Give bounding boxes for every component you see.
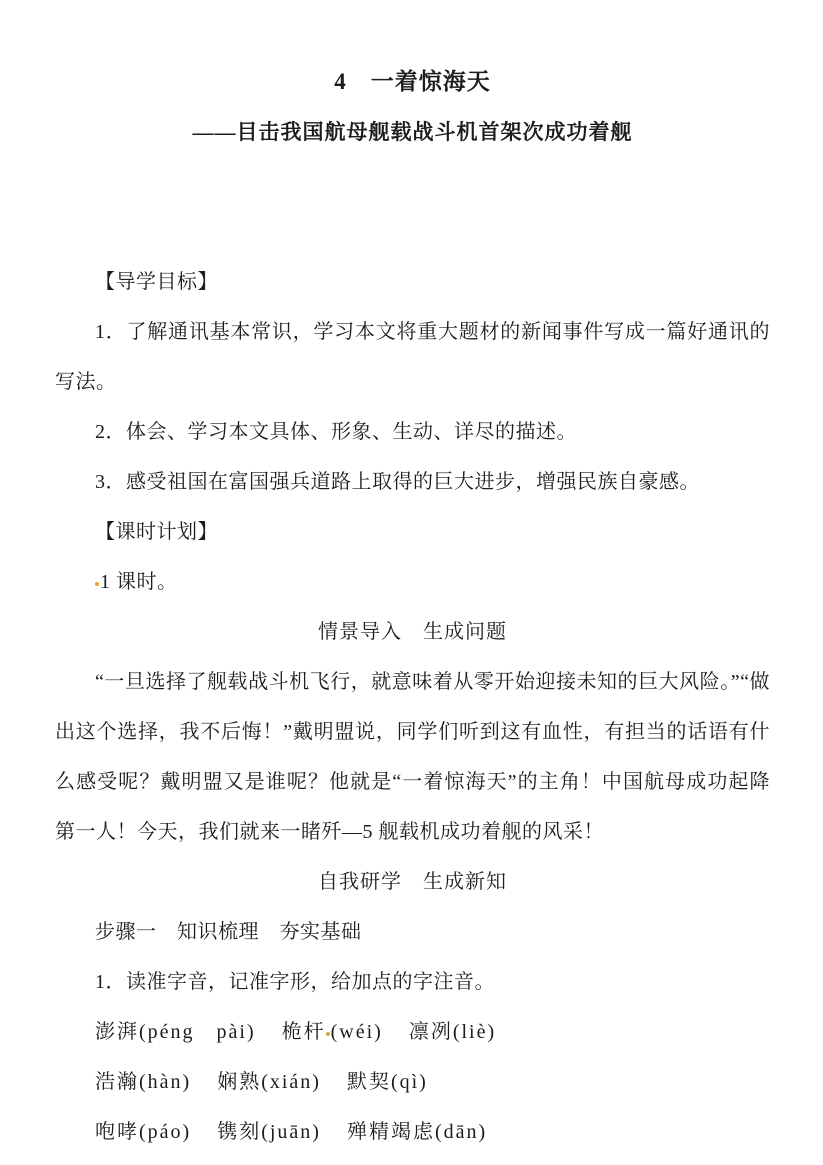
pinyin-item: 娴熟(xián) [217, 1071, 321, 1093]
pinyin-item: 咆哮(páo) [95, 1121, 191, 1143]
pinyin-row-3: 咆哮(páo)镌刻(juān)殚精竭虑(dān) [55, 1107, 770, 1157]
spellcheck-dot [326, 1032, 330, 1036]
guide-goal-item-3: 3．感受祖国在富国强兵道路上取得的巨大进步，增强民族自豪感。 [55, 457, 770, 507]
scene-intro-heading: 情景导入 生成问题 [55, 607, 770, 657]
pronunciation-task: 1．读准字音，记准字形，给加点的字注音。 [55, 957, 770, 1007]
pinyin-item: 桅杆(wéi) [282, 1021, 383, 1043]
guide-goals-heading: 【导学目标】 [55, 257, 770, 307]
pinyin-item: 凛冽(liè) [409, 1021, 496, 1043]
pinyin-item: 默契(qì) [347, 1071, 428, 1093]
lesson-plan-heading: 【课时计划】 [55, 507, 770, 557]
guide-goal-item-1: 1．了解通讯基本常识，学习本文将重大题材的新闻事件写成一篇好通讯的写法。 [55, 307, 770, 407]
pinyin-row-1: 澎湃(péng pài)桅杆(wéi)凛冽(liè) [55, 1007, 770, 1057]
self-study-heading: 自我研学 生成新知 [55, 857, 770, 907]
pinyin-row-2: 浩瀚(hàn)娴熟(xián)默契(qì) [55, 1057, 770, 1107]
pinyin-item: 镌刻(juān) [217, 1121, 321, 1143]
pinyin-item: 澎湃(péng pài) [95, 1021, 256, 1043]
blank-line [55, 207, 770, 257]
blank-line [55, 157, 770, 207]
lesson-subtitle: ——目击我国航母舰载战斗机首架次成功着舰 [55, 107, 770, 157]
lesson-plan-duration-line: 1 课时。 [55, 557, 770, 607]
step-one-heading: 步骤一 知识梳理 夯实基础 [55, 907, 770, 957]
pinyin-item: 浩瀚(hàn) [95, 1071, 191, 1093]
pinyin-item: 殚精竭虑(dān) [347, 1121, 487, 1143]
pinyin-word: 桅杆 [282, 1021, 326, 1043]
lesson-title: 4 一着惊海天 [55, 57, 770, 107]
guide-goal-item-2: 2．体会、学习本文具体、形象、生动、详尽的描述。 [55, 407, 770, 457]
lesson-plan-duration: 1 课时。 [100, 571, 178, 593]
spellcheck-dot [95, 582, 99, 586]
scene-intro-paragraph: “一旦选择了舰载战斗机飞行，就意味着从零开始迎接未知的巨大风险。”“做出这个选择… [55, 657, 770, 857]
document-page: 4 一着惊海天 ——目击我国航母舰载战斗机首架次成功着舰 【导学目标】 1．了解… [0, 0, 823, 1165]
pinyin-reading: (wéi) [331, 1021, 383, 1043]
